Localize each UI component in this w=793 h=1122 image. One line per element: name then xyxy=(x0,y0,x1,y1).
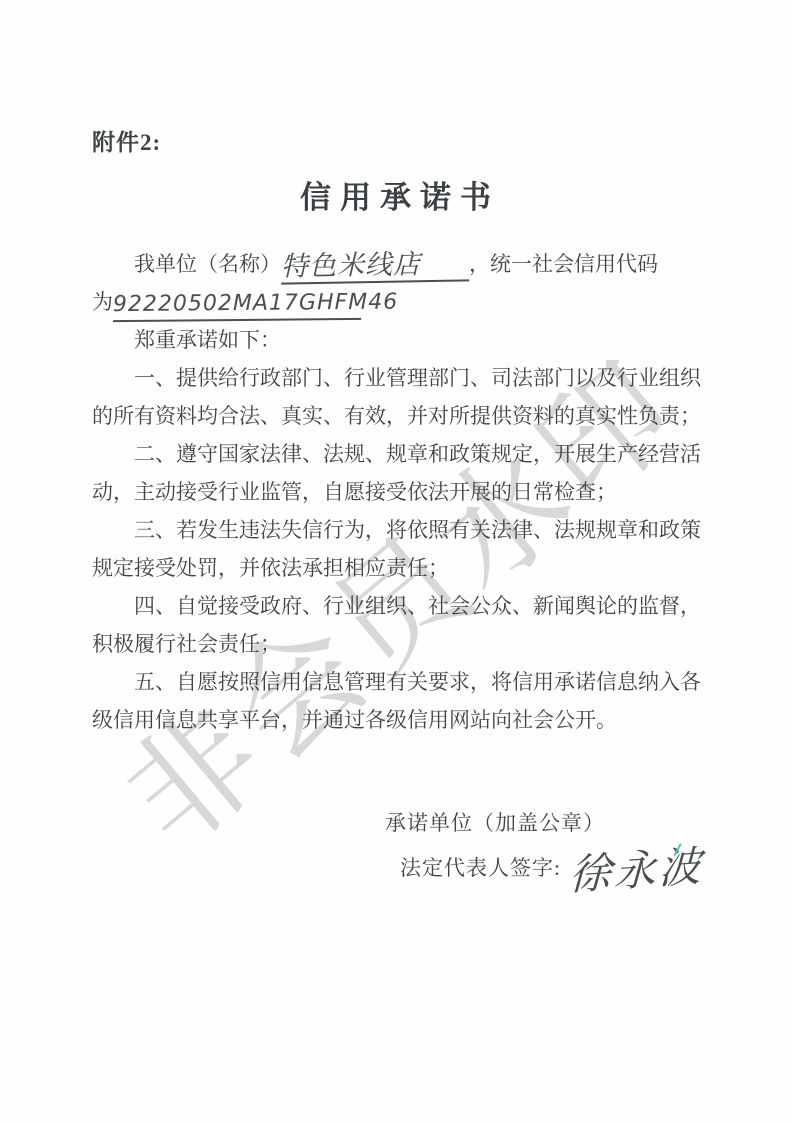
legal-representative-line: 法定代表人签字:徐永波 xyxy=(400,846,708,893)
intro-line-2: 为92220502MA17GHFM46 xyxy=(92,283,708,321)
intro-line1-prefix: 我单位（名称） xyxy=(134,252,281,276)
pledge-item-4: 四、自觉接受政府、行业组织、社会公众、新闻舆论的监督，积极履行社会责任； xyxy=(92,587,708,663)
legal-representative-signature: 徐永波 xyxy=(568,843,704,898)
scanned-document-page: 非会员水印 附件2: 信用承诺书 我单位（名称）特色米线店，统一社会信用代码 为… xyxy=(0,0,793,1122)
pledge-item-1: 一、提供给行政部门、行业管理部门、司法部门以及行业组织的所有资料均合法、真实、有… xyxy=(92,359,708,435)
attachment-label: 附件2: xyxy=(92,124,708,157)
intro-line1-suffix: ，统一社会信用代码 xyxy=(469,252,658,276)
credit-code-handwritten-field: 92220502MA17GHFM46 xyxy=(113,288,361,322)
unit-name-handwritten-field: 特色米线店 xyxy=(281,249,470,284)
pledge-lead: 郑重承诺如下： xyxy=(92,321,708,359)
legal-representative-label: 法定代表人签字: xyxy=(400,856,561,880)
promising-unit-line: 承诺单位（加盖公章） xyxy=(385,801,708,846)
document-body: 我单位（名称）特色米线店，统一社会信用代码 为92220502MA17GHFM4… xyxy=(92,245,708,739)
signature-block: 承诺单位（加盖公章） 法定代表人签字:徐永波 xyxy=(92,801,708,893)
signature-text: 徐永波 xyxy=(568,841,704,900)
pledge-item-3: 三、若发生违法失信行为，将依照有关法律、法规规章和政策规定接受处罚，并依法承担相… xyxy=(92,511,708,587)
intro-line2-prefix: 为 xyxy=(92,290,113,314)
document-content: 附件2: 信用承诺书 我单位（名称）特色米线店，统一社会信用代码 为922205… xyxy=(0,0,793,893)
intro-line-1: 我单位（名称）特色米线店，统一社会信用代码 xyxy=(92,245,708,283)
pledge-item-2: 二、遵守国家法律、法规、规章和政策规定，开展生产经营活动，主动接受行业监管，自愿… xyxy=(92,435,708,511)
pledge-item-5: 五、自愿按照信用信息管理有关要求，将信用承诺信息纳入各级信用信息共享平台，并通过… xyxy=(92,663,708,739)
document-title: 信用承诺书 xyxy=(92,172,708,217)
